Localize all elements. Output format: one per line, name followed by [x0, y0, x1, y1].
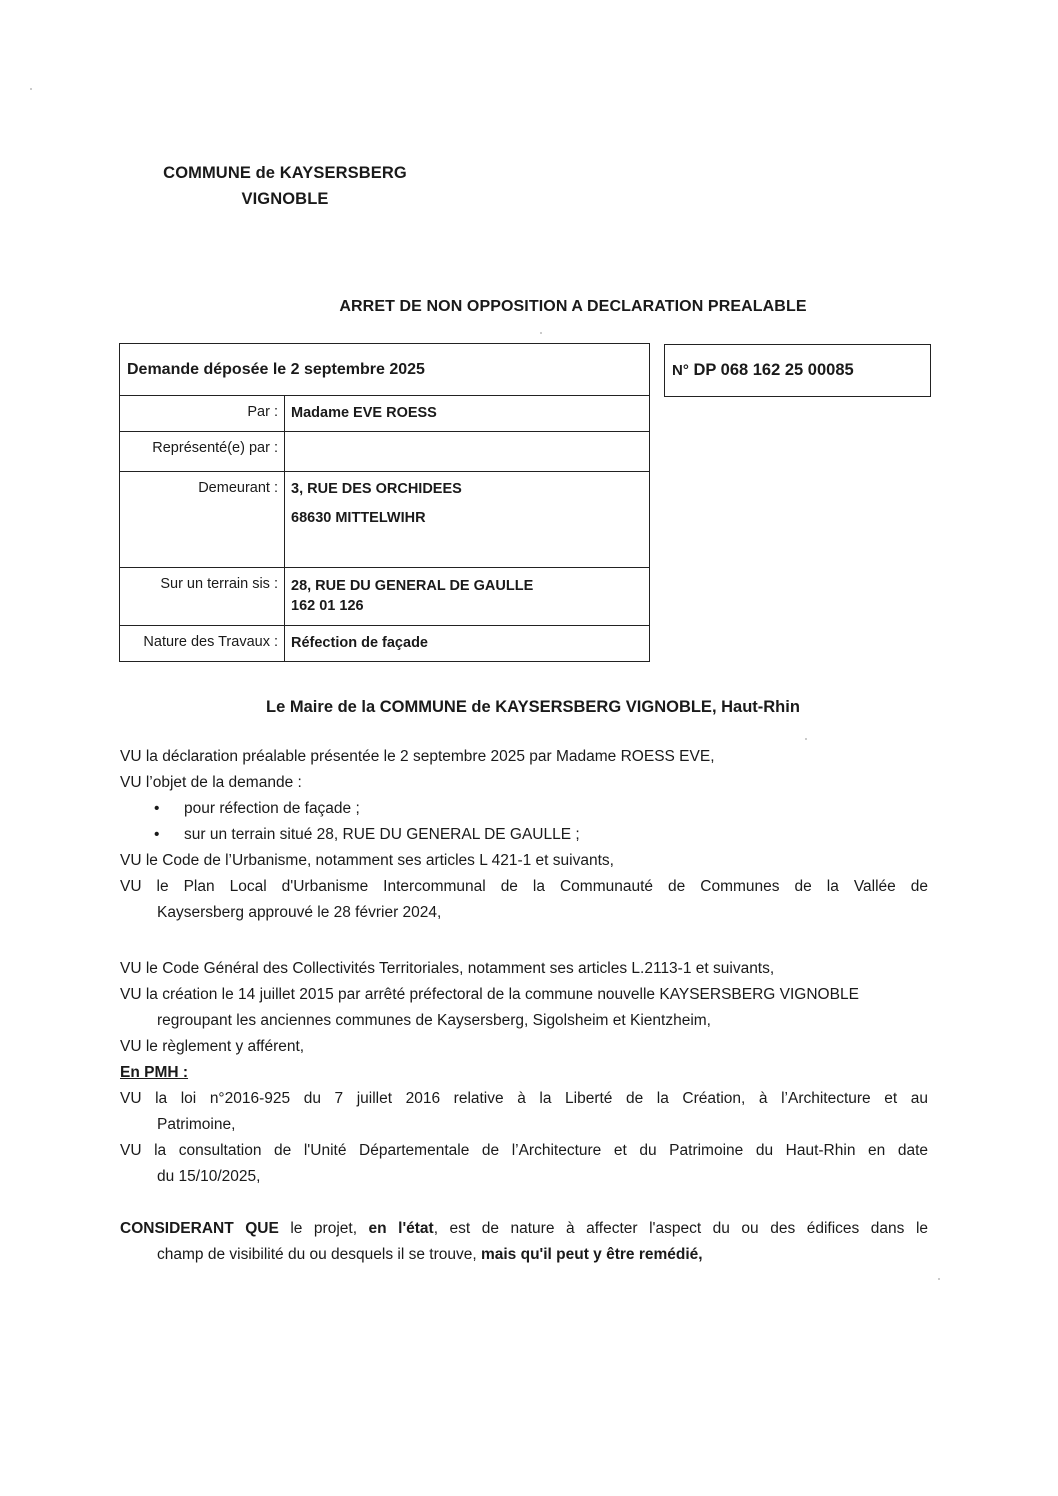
vu-consultation-line2: du 15/10/2025, [120, 1164, 928, 1190]
vu-consultation-line1: VU la consultation de l'Unité Départemen… [120, 1138, 928, 1164]
document-title: ARRET DE NON OPPOSITION A DECLARATION PR… [168, 298, 978, 316]
considerant-text1: le projet, [279, 1220, 369, 1237]
bullet-icon: • [154, 822, 184, 848]
vu-loi-line1: VU la loi n°2016-925 du 7 juillet 2016 r… [120, 1086, 928, 1112]
vu-reglement: VU le règlement y afférent, [120, 1034, 928, 1060]
considerant-lead: CONSIDERANT QUE [120, 1220, 279, 1237]
row-label-residence: Demeurant : [120, 472, 285, 567]
vu-declaration: VU la déclaration préalable présentée le… [120, 744, 928, 770]
row-value-applicant: Madame EVE ROESS [285, 396, 649, 431]
row-value-residence: 3, RUE DES ORCHIDEES 68630 MITTELWIHR [285, 472, 649, 567]
table-row: Nature des Travaux : Réfection de façade [120, 626, 649, 661]
vu-plu-line1: VU le Plan Local d'Urbanisme Intercommun… [120, 874, 928, 900]
considerations: VU la déclaration préalable présentée le… [120, 744, 928, 1268]
considerant-text2: , est de nature à affecter l'aspect du o… [434, 1220, 928, 1237]
row-label-represented: Représenté(e) par : [120, 432, 285, 471]
table-row: Par : Madame EVE ROESS [120, 396, 649, 432]
list-item: • sur un terrain situé 28, RUE DU GENERA… [120, 822, 928, 848]
maire-heading: Le Maire de la COMMUNE de KAYSERSBERG VI… [128, 698, 938, 717]
row-value-land: 28, RUE DU GENERAL DE GAULLE 162 01 126 [285, 568, 649, 625]
dp-number: DP 068 162 25 00085 [693, 361, 853, 380]
row-label-land: Sur un terrain sis : [120, 568, 285, 625]
commune-name-line1: COMMUNE de KAYSERSBERG [0, 160, 570, 186]
vu-creation-line2: regroupant les anciennes communes de Kay… [120, 1008, 928, 1034]
row-value-works: Réfection de façade [285, 626, 649, 661]
commune-name-line2: VIGNOBLE [0, 186, 570, 212]
list-item: • pour réfection de façade ; [120, 796, 928, 822]
row-label-par: Par : [120, 396, 285, 431]
residence-street: 3, RUE DES ORCHIDEES [291, 481, 462, 497]
considerant: CONSIDERANT QUE le projet, en l'état, es… [120, 1216, 928, 1268]
vu-plu: VU le Plan Local d'Urbanisme Intercommun… [120, 874, 928, 926]
residence-city: 68630 MITTELWIHR [291, 509, 649, 527]
vu-loi-line2: Patrimoine, [120, 1112, 928, 1138]
table-row: Sur un terrain sis : 28, RUE DU GENERAL … [120, 568, 649, 626]
vu-loi: VU la loi n°2016-925 du 7 juillet 2016 r… [120, 1086, 928, 1138]
land-parcel: 162 01 126 [291, 596, 649, 616]
considerant-remedy: mais qu'il peut y être remédié, [481, 1246, 703, 1263]
vu-consultation: VU la consultation de l'Unité Départemen… [120, 1138, 928, 1190]
vu-object: VU l’objet de la demande : [120, 770, 928, 796]
table-row: Représenté(e) par : [120, 432, 649, 472]
land-address: 28, RUE DU GENERAL DE GAULLE [291, 578, 533, 594]
vu-creation-line1: VU la création le 14 juillet 2015 par ar… [120, 982, 928, 1008]
considerant-line2: champ de visibilité du ou desquels il se… [120, 1242, 928, 1268]
scan-speck [938, 1278, 940, 1280]
request-table: Demande déposée le 2 septembre 2025 Par … [119, 343, 650, 662]
considerant-text3: champ de visibilité du ou desquels il se… [157, 1246, 481, 1263]
bullet-text: sur un terrain situé 28, RUE DU GENERAL … [184, 822, 580, 848]
vu-urbanism-code: VU le Code de l’Urbanisme, notamment ses… [120, 848, 928, 874]
dp-number-box: N° DP 068 162 25 00085 [664, 344, 931, 397]
considerant-line1: CONSIDERANT QUE le projet, en l'état, es… [120, 1216, 928, 1242]
row-label-works: Nature des Travaux : [120, 626, 285, 661]
commune-header: COMMUNE de KAYSERSBERG VIGNOBLE [0, 160, 570, 212]
bullet-icon: • [154, 796, 184, 822]
request-deposit-date: Demande déposée le 2 septembre 2025 [120, 344, 649, 396]
table-row: Demeurant : 3, RUE DES ORCHIDEES 68630 M… [120, 472, 649, 568]
vu-plu-line2: Kaysersberg approuvé le 28 février 2024, [120, 900, 928, 926]
scan-speck [805, 738, 807, 740]
vu-cgct: VU le Code Général des Collectivités Ter… [120, 956, 928, 982]
dp-number-prefix: N° [672, 362, 689, 379]
scan-speck [30, 88, 32, 90]
row-value-representative [285, 432, 649, 471]
considerant-en-etat: en l'état [369, 1220, 434, 1237]
pmh-heading: En PMH : [120, 1060, 928, 1086]
scan-speck [540, 332, 542, 334]
vu-creation: VU la création le 14 juillet 2015 par ar… [120, 982, 928, 1034]
bullet-text: pour réfection de façade ; [184, 796, 360, 822]
